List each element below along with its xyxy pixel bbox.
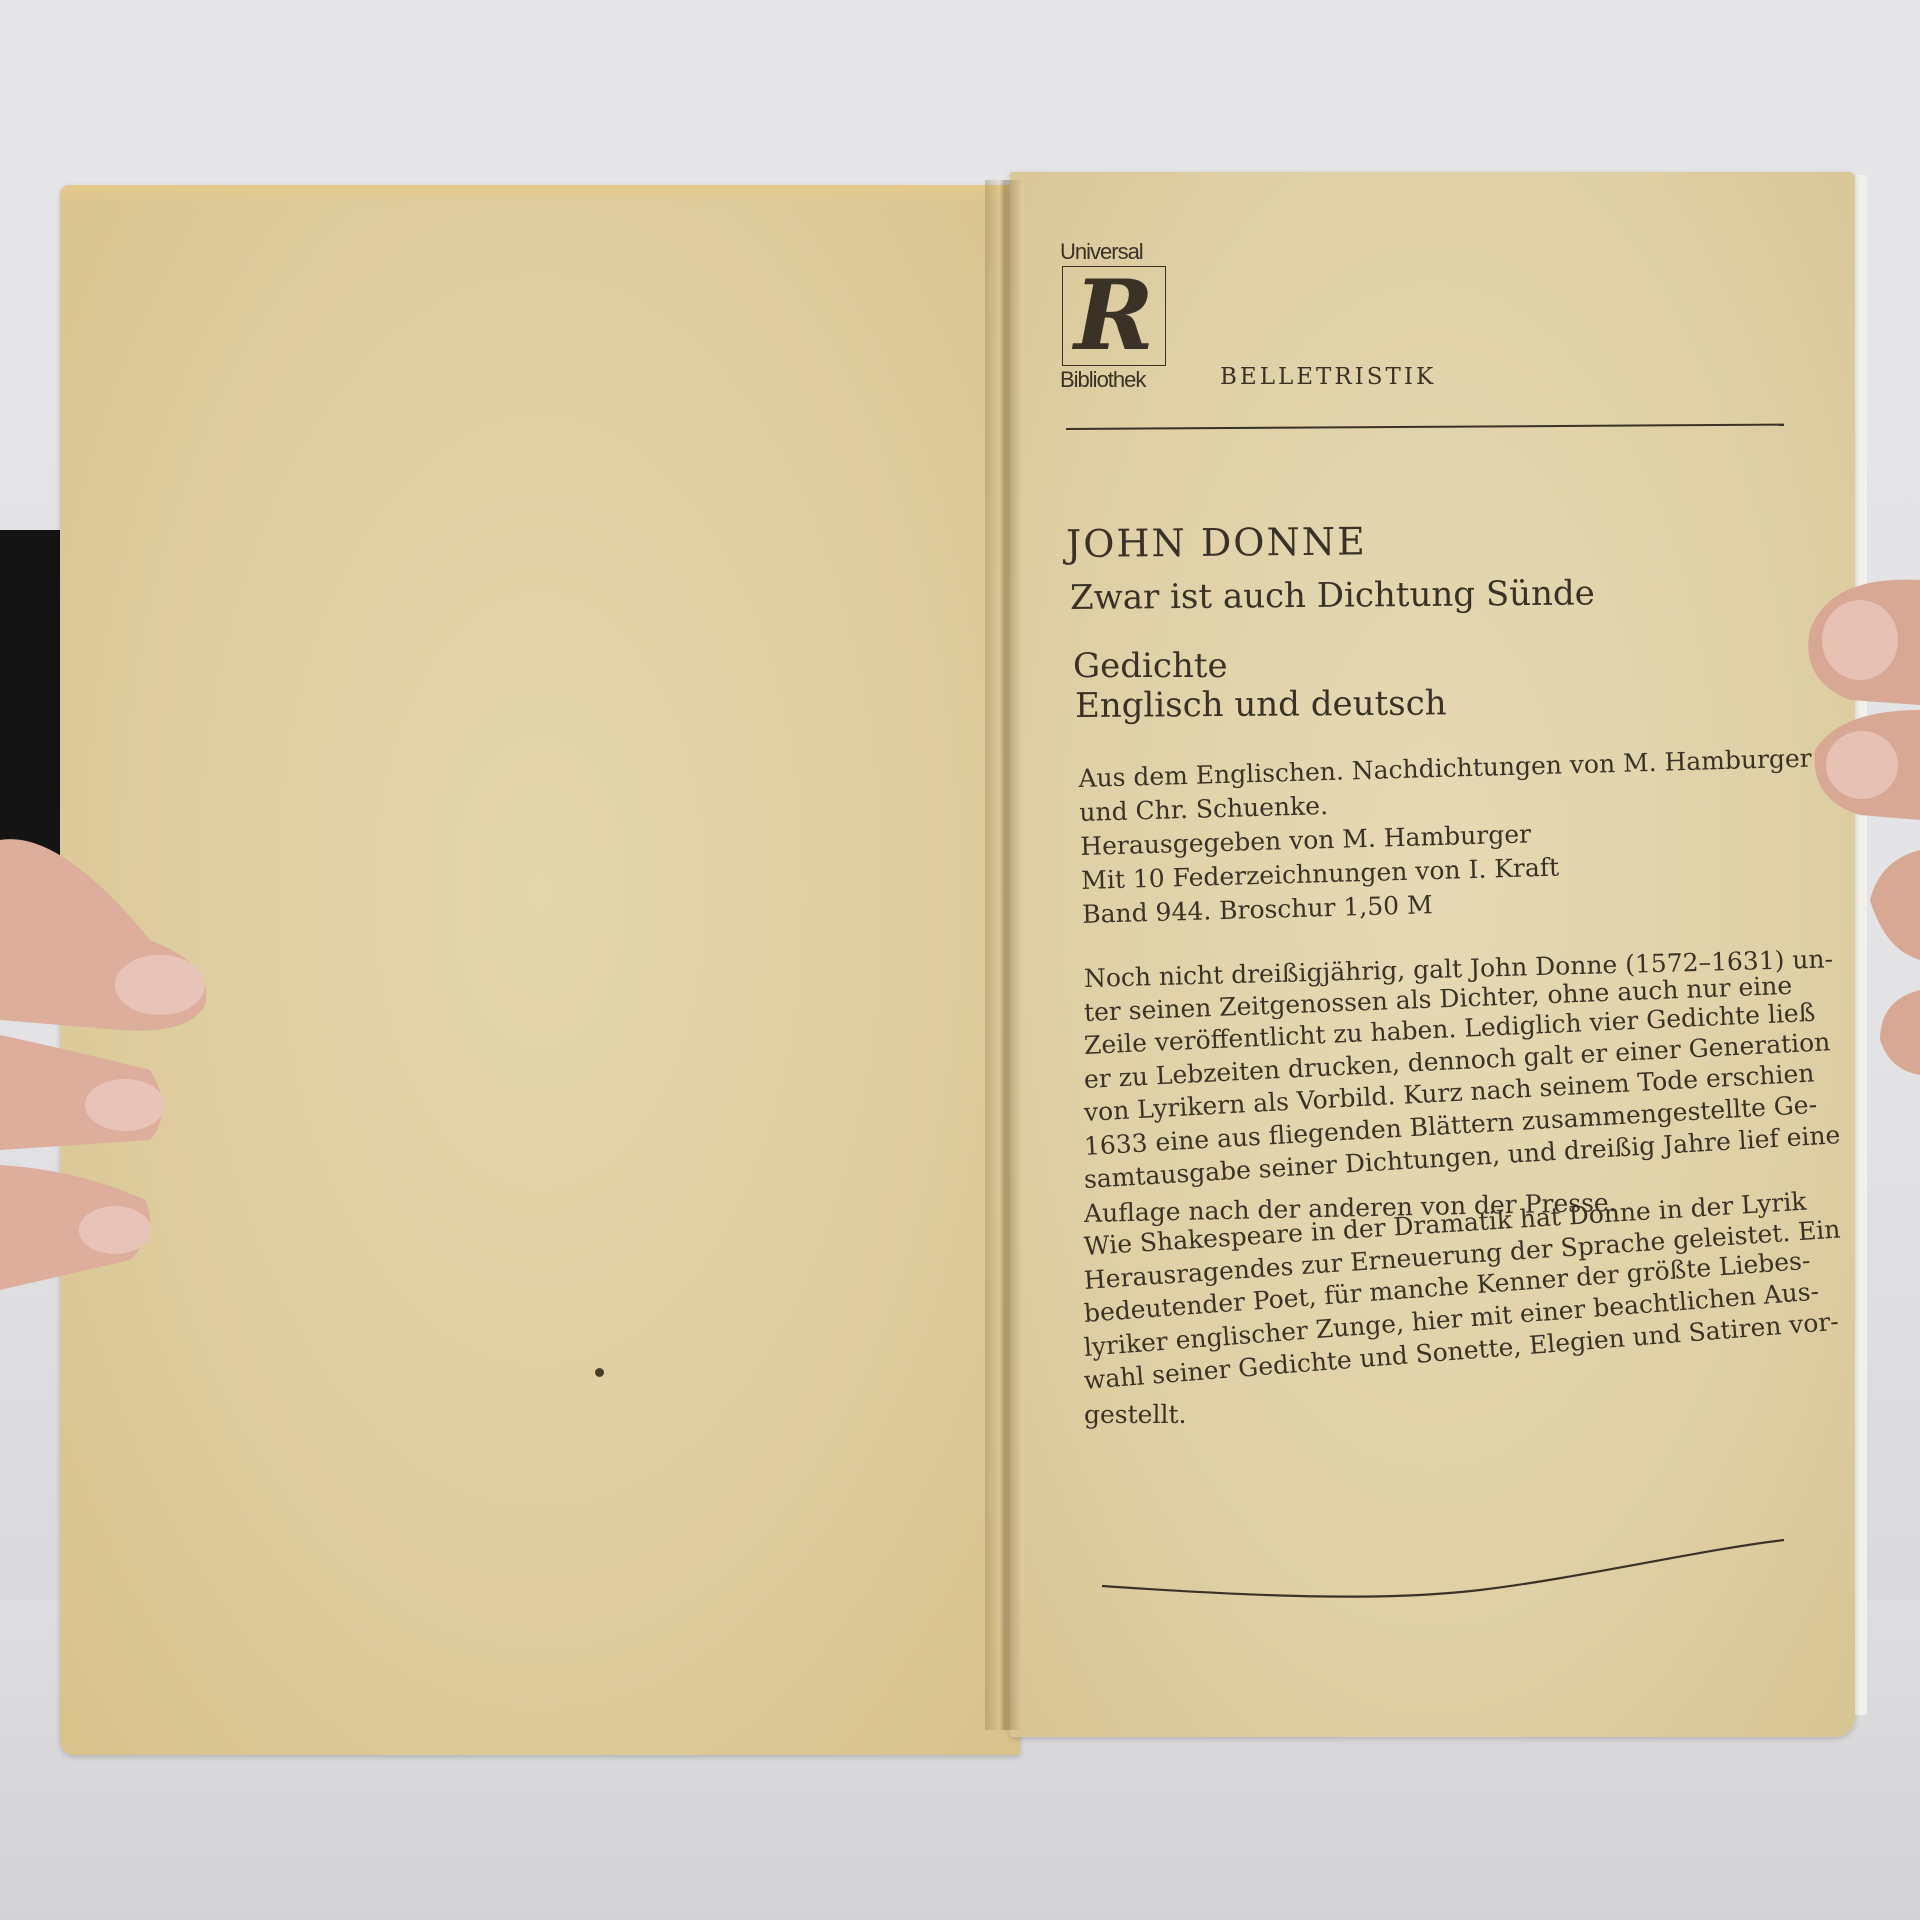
blurb-line: gestellt. — [1084, 1398, 1774, 1432]
logo-monogram: R — [1062, 266, 1166, 366]
category-label: BELLETRISTIK — [1220, 364, 1436, 390]
book-title: Zwar ist auch Dichtung Sünde — [1070, 573, 1595, 618]
book-genre: Gedichte — [1073, 646, 1228, 686]
logo-bottom-text: Bibliothek — [1060, 368, 1172, 392]
blurb-paragraph: Noch nicht dreißigjährig, galt John Donn… — [1084, 962, 1774, 1431]
bottom-rule — [1100, 1530, 1800, 1610]
paper-speck — [595, 1368, 604, 1377]
publisher-logo: Universal R Bibliothek — [1060, 240, 1172, 392]
author-name: JOHN DONNE — [1066, 519, 1367, 566]
right-hand-fingers — [1790, 560, 1920, 1080]
credits-block: Aus dem Englischen. Nachdichtungen von M… — [1078, 742, 1802, 932]
left-hand-fingers — [0, 820, 220, 1340]
book-gutter — [985, 180, 1021, 1730]
book-language: Englisch und deutsch — [1075, 683, 1447, 726]
